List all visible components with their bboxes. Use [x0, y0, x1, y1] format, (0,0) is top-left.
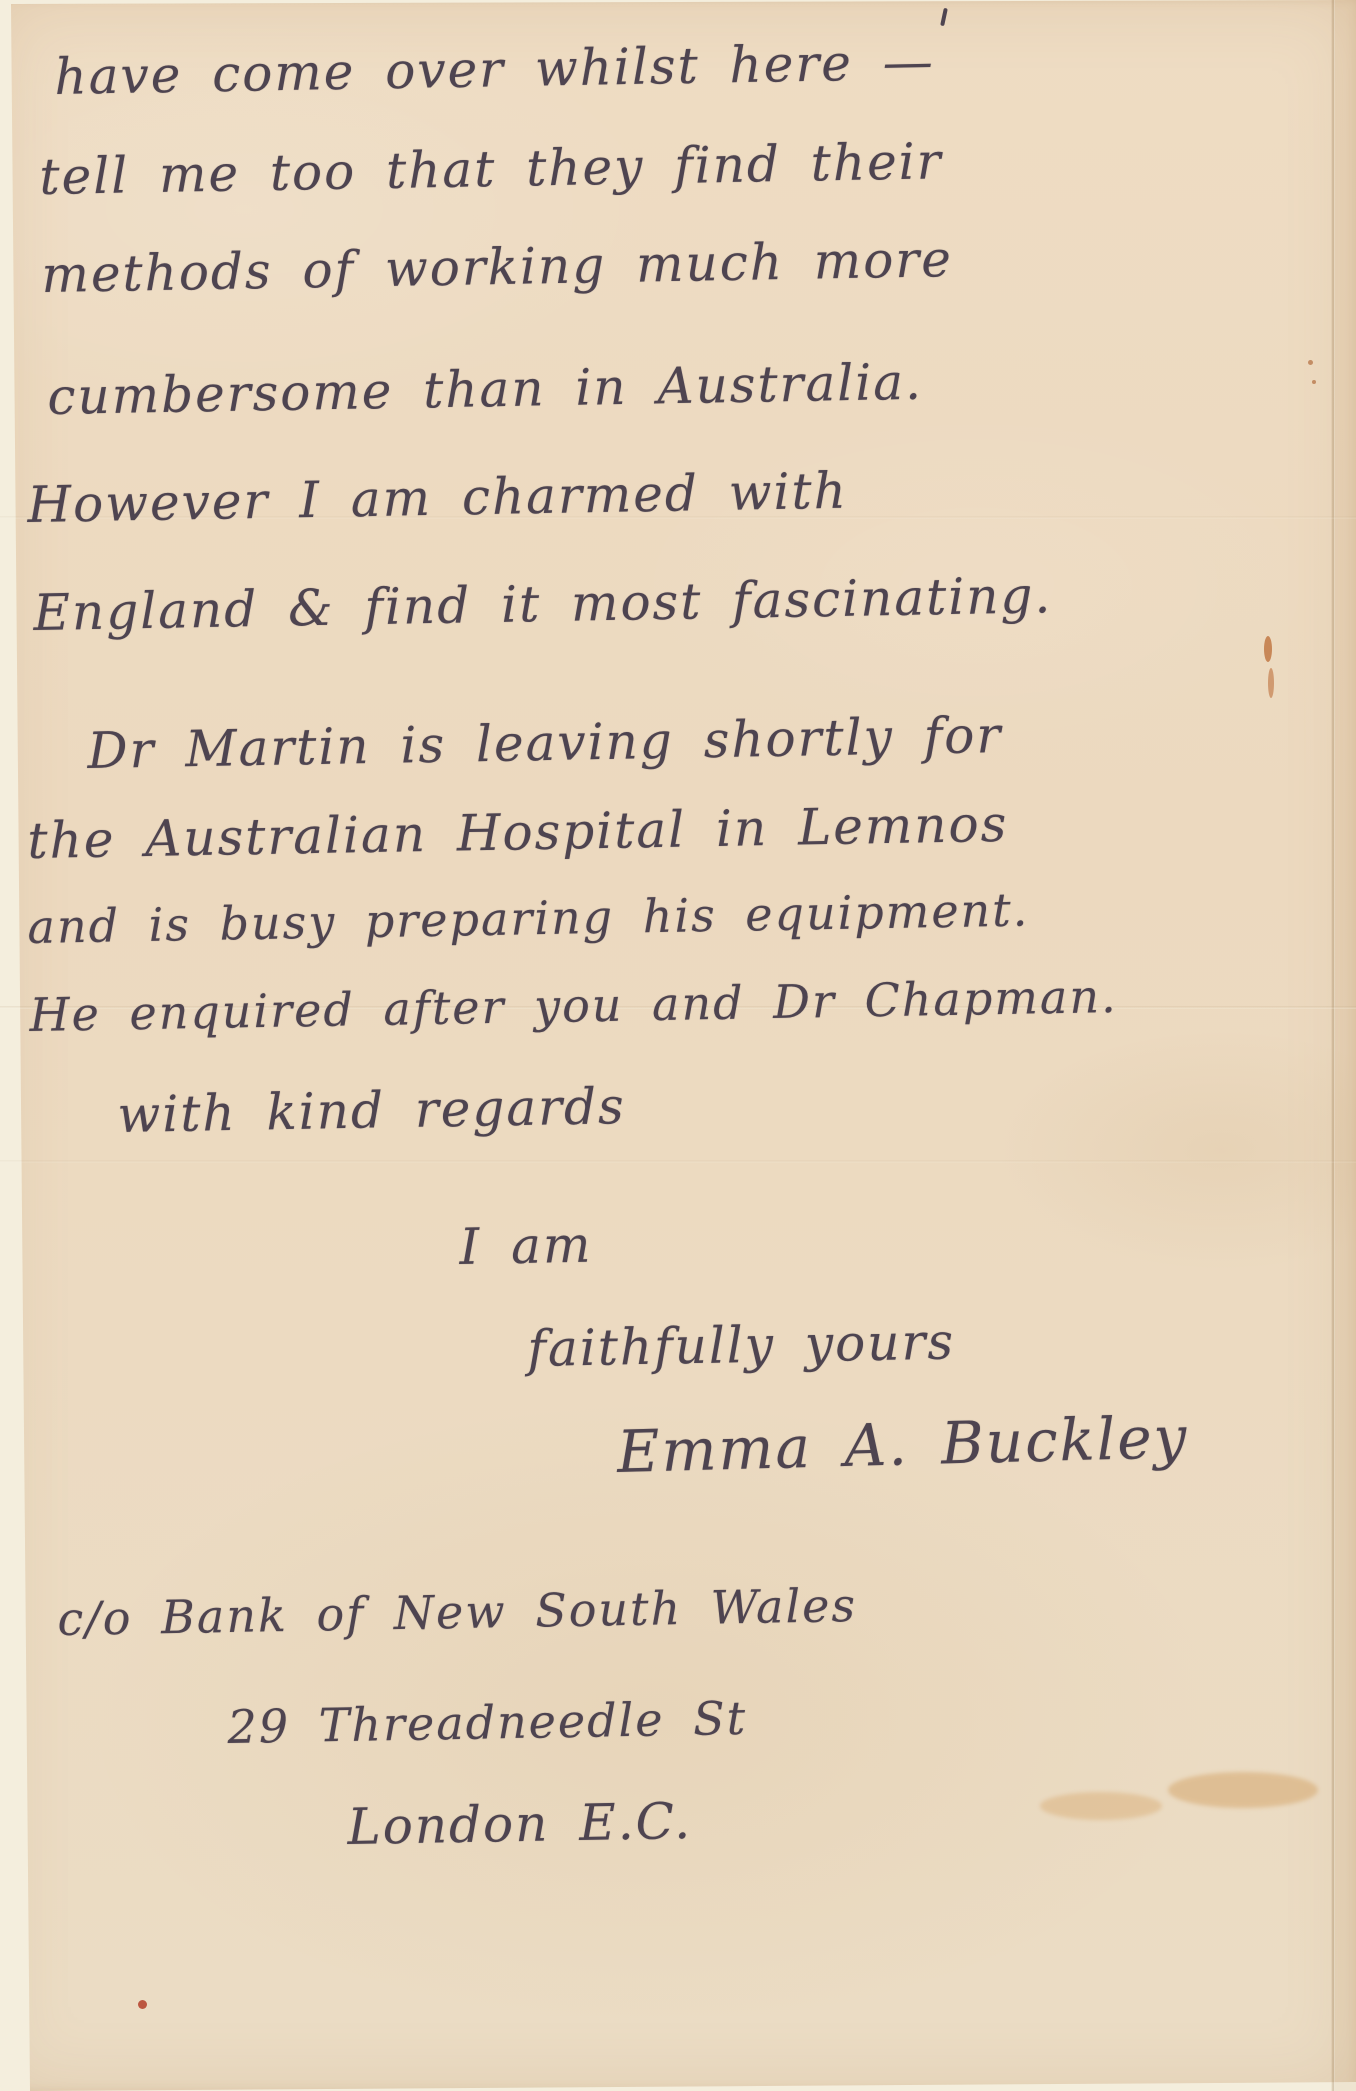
rust-fleck — [1264, 636, 1272, 662]
closing-faithfully-yours: faithfully yours — [527, 1313, 955, 1378]
brown-stain — [1040, 1792, 1162, 1820]
letter-line: with kind regards — [117, 1077, 626, 1144]
letter-scan: have come over whilst here — tell me too… — [0, 0, 1356, 2091]
rust-speck — [1312, 380, 1316, 384]
paper-sheet — [0, 0, 1356, 2091]
closing-i-am: I am — [459, 1216, 593, 1276]
rust-fleck — [1268, 668, 1274, 698]
red-speck — [138, 2000, 147, 2009]
paper-edge-shade — [1335, 0, 1356, 2091]
horizontal-fold-crease — [0, 1160, 1356, 1163]
rust-speck — [1308, 360, 1313, 365]
address-line-3: London E.C. — [347, 1792, 692, 1856]
address-line-2: 29 Threadneedle St — [227, 1691, 747, 1754]
brown-stain — [1168, 1772, 1318, 1808]
